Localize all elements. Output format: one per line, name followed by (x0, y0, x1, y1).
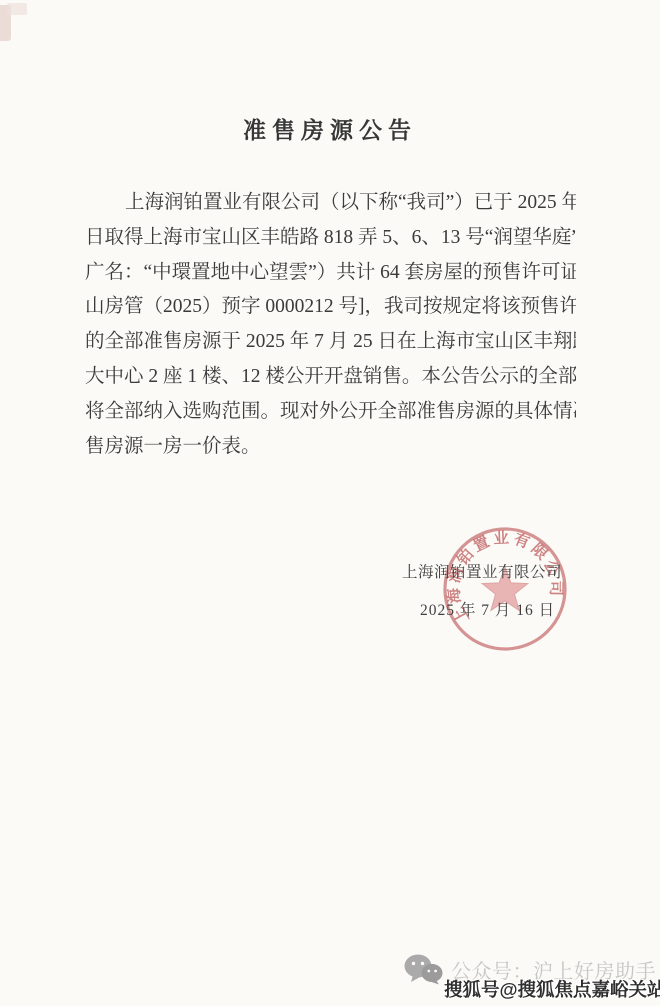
notice-body: 上海润铂置业有限公司（以下称“我司”）已于 2025 年 7 月 16 日取得上… (85, 186, 576, 464)
sohu-watermark-label: 搜狐号@搜狐焦点嘉峪关站 (444, 976, 660, 1002)
body-line: 大中心 2 座 1 楼、12 楼公开开盘销售。本公告公示的全部准售房源 (85, 360, 576, 395)
body-line: 日取得上海市宝山区丰皓路 818 弄 5、6、13 号“润望华庭”项目（推 (85, 221, 576, 256)
scan-artifact-mark (7, 3, 27, 15)
body-line: 上海润铂置业有限公司（以下称“我司”）已于 2025 年 7 月 16 (85, 186, 576, 221)
body-line: 山房管（2025）预字 0000212 号]，我司按规定将该预售许可证项下 (85, 290, 576, 325)
seal-graphic: 上海润铂置业有限公司 (440, 524, 570, 654)
notice-document-page: 准售房源公告 上海润铂置业有限公司（以下称“我司”）已于 2025 年 7 月 … (0, 0, 660, 1006)
signature-company: 上海润铂置业有限公司 (402, 560, 562, 582)
body-line: 售房源一房一价表。 (85, 430, 576, 465)
page-title: 准售房源公告 (0, 112, 660, 145)
signature-date: 2025 年 7 月 16 日 (420, 598, 555, 620)
company-seal-stamp: 上海润铂置业有限公司 (440, 524, 570, 654)
body-line: 将全部纳入选购范围。现对外公开全部准售房源的具体情况，详见准 (85, 395, 576, 430)
body-line: 广名：“中環置地中心望雲”）共计 64 套房屋的预售许可证[编号为宝 (85, 256, 576, 291)
body-line: 的全部准售房源于 2025 年 7 月 25 日在上海市宝山区丰翔路 888 号… (85, 325, 576, 360)
wechat-icon (403, 953, 443, 985)
